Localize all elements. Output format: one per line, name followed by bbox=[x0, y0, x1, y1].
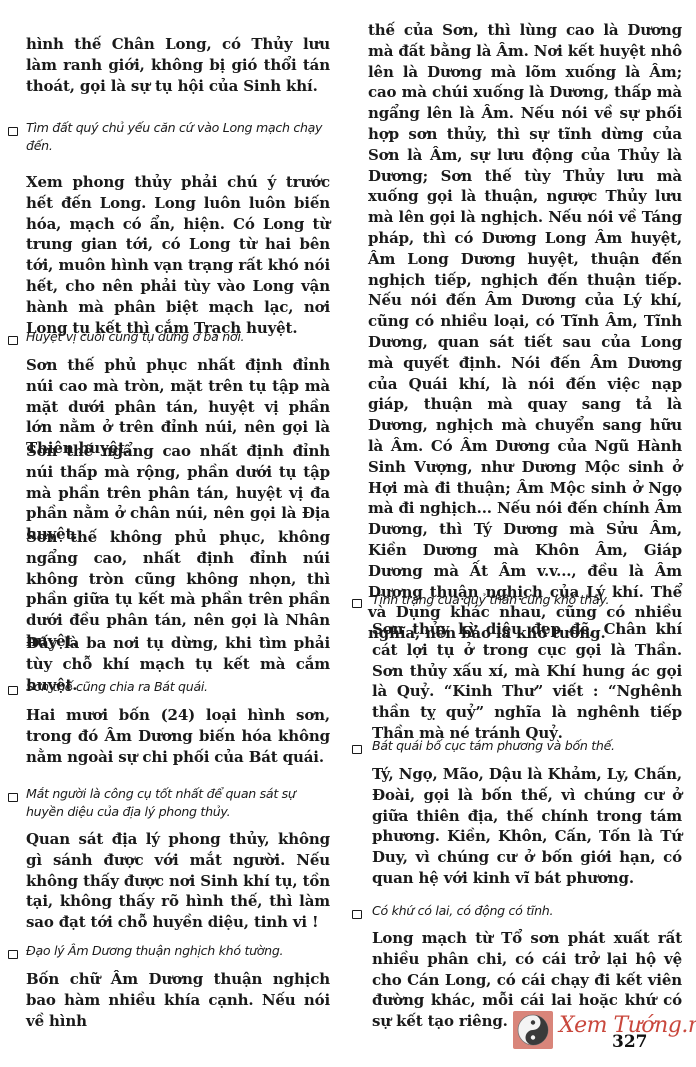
section-paragraph: Tý, Ngọ, Mão, Dậu là Khảm, Ly, Chấn, Đoà… bbox=[372, 764, 682, 889]
section-heading: Đạo lý Âm Dương thuận nghịch khó tường. bbox=[26, 942, 326, 960]
yin-yang-icon bbox=[517, 1014, 549, 1046]
section-paragraph: Sơn thủy kỳ diệu đẹp đẽ, Chân khí cát lợ… bbox=[372, 619, 682, 744]
section-heading: Tìm đất quý chủ yếu căn cứ vào Long mạch… bbox=[26, 119, 326, 155]
section-heading: Có khứ có lai, có động có tĩnh. bbox=[372, 902, 682, 920]
continuation-paragraph: hình thế Chân Long, có Thủy lưu làm ranh… bbox=[26, 34, 330, 96]
watermark-logo bbox=[513, 1011, 553, 1049]
page-number: 327 bbox=[612, 1032, 648, 1052]
checkbox-bullet-icon bbox=[8, 127, 18, 136]
section-heading: Tình trạng của quỷ thần cũng khó thấy. bbox=[372, 591, 682, 609]
checkbox-bullet-icon bbox=[352, 910, 362, 919]
continuation-paragraph: thế của Sơn, thì lùng cao là Dương mà đấ… bbox=[368, 20, 682, 644]
checkbox-bullet-icon bbox=[8, 793, 18, 802]
checkbox-bullet-icon bbox=[8, 336, 18, 345]
section-paragraph: Bốn chữ Âm Dương thuận nghịch bao hàm nh… bbox=[26, 969, 330, 1031]
checkbox-bullet-icon bbox=[8, 686, 18, 695]
site-watermark: Xem Tướng.net bbox=[513, 1011, 693, 1051]
section-heading: Bát quái bố cục tám phương và bốn thế. bbox=[372, 737, 682, 755]
section-heading: Mắt người là công cụ tốt nhất để quan sá… bbox=[26, 785, 326, 821]
checkbox-bullet-icon bbox=[352, 745, 362, 754]
checkbox-bullet-icon bbox=[352, 599, 362, 608]
section-paragraph: Quan sát địa lý phong thủy, không gì sán… bbox=[26, 829, 330, 933]
section-paragraph: Xem phong thủy phải chú ý trước hết đến … bbox=[26, 172, 330, 338]
section-heading: Huyệt vị cuối cùng tụ dừng ở ba nơi. bbox=[26, 328, 326, 346]
section-paragraph: Hai mươi bốn (24) loại hình sơn, trong đ… bbox=[26, 705, 330, 767]
book-page: hình thế Chân Long, có Thủy lưu làm ranh… bbox=[0, 0, 696, 1067]
section-heading: Sơn thế cũng chia ra Bát quái. bbox=[26, 678, 326, 696]
checkbox-bullet-icon bbox=[8, 950, 18, 959]
